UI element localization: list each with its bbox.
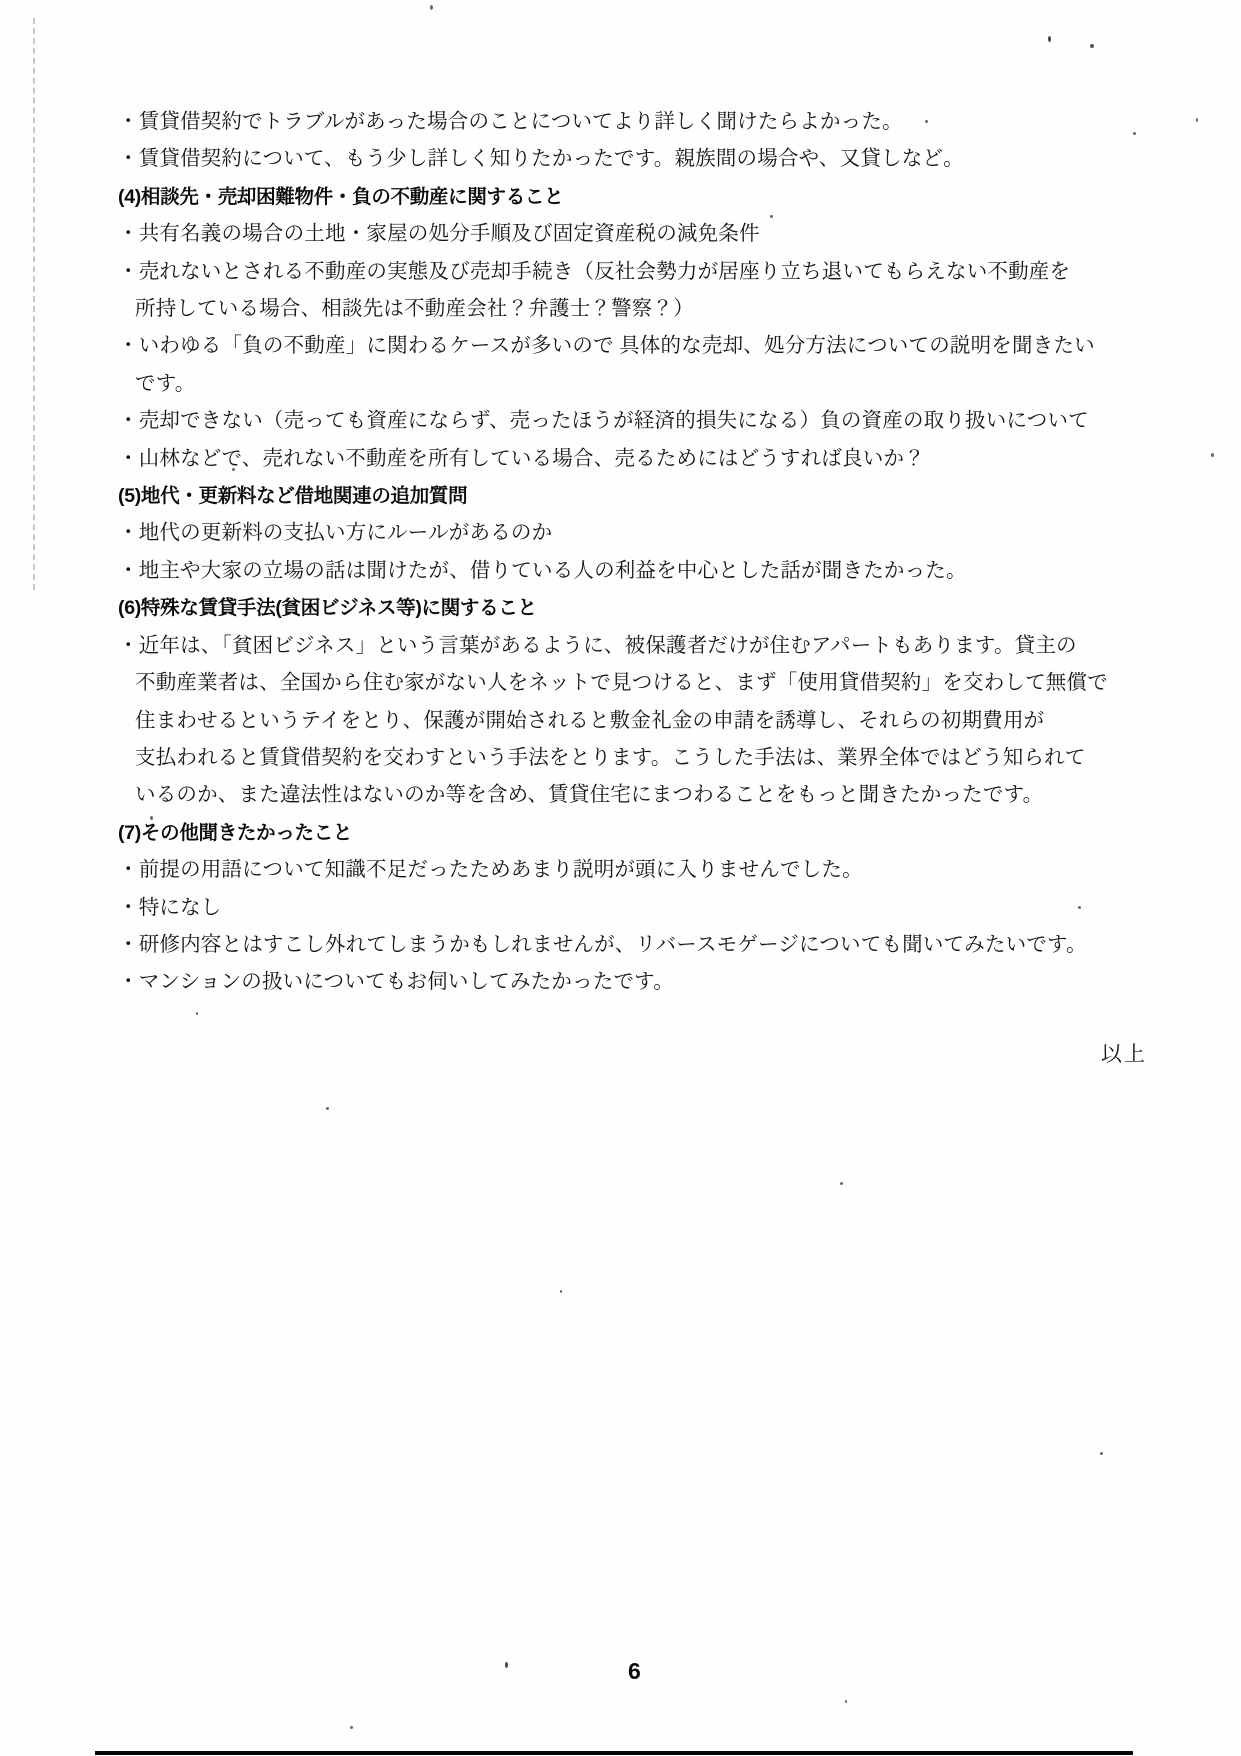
bullet-line: ・地代の更新料の支払い方にルールがあるのか: [118, 515, 1128, 552]
scan-speck: [232, 468, 235, 471]
section-heading-6: (6)特殊な賃貸手法(貧困ビジネス等)に関すること: [118, 590, 1128, 627]
left-margin-scan-line: [33, 18, 35, 590]
scan-speck: [1100, 1452, 1103, 1455]
scan-speck: [770, 215, 773, 218]
scanned-document-page: ・賃貸借契約でトラブルがあった場合のことについてより詳しく聞けたらよかった。 ・…: [0, 0, 1241, 1756]
bottom-scan-bar: [95, 1751, 1133, 1755]
scan-speck: [560, 1290, 562, 1293]
scan-speck: [845, 1700, 847, 1703]
continuation-line: 所持している場合、相談先は不動産会社？弁護士？警察？）: [118, 291, 1128, 328]
bullet-line: ・共有名義の場合の土地・家屋の処分手順及び固定資産税の減免条件: [118, 216, 1128, 253]
bullet-line: ・前提の用語について知識不足だったためあまり説明が頭に入りませんでした。: [118, 852, 1128, 889]
scan-speck: [925, 120, 928, 123]
scan-speck: [196, 1012, 198, 1015]
scan-speck: [150, 816, 153, 820]
scan-speck: [1196, 118, 1198, 122]
section-heading-7: (7)その他聞きたかったこと: [118, 815, 1128, 852]
bullet-line: ・売れないとされる不動産の実態及び売却手続き（反社会勢力が居座り立ち退いてもらえ…: [118, 254, 1128, 291]
continuation-line: 不動産業者は、全国から住む家がない人をネットで見つけると、まず「使用貸借契約」を…: [118, 665, 1128, 702]
scan-speck: [1090, 44, 1094, 48]
bullet-line: ・山林などで、売れない不動産を所有している場合、売るためにはどうすれば良いか？: [118, 441, 1128, 478]
continuation-line: 支払われると賃貸借契約を交わすという手法をとります。こうした手法は、業界全体では…: [118, 740, 1128, 777]
scan-speck: [505, 1662, 508, 1668]
bullet-line: ・研修内容とはすこし外れてしまうかもしれませんが、リバースモゲージについても聞い…: [118, 927, 1128, 964]
page-number: 6: [628, 1658, 641, 1685]
section-heading-4: (4)相談先・売却困難物件・負の不動産に関すること: [118, 179, 1128, 216]
scan-speck: [350, 1726, 353, 1729]
scan-speck: [430, 5, 433, 10]
bullet-line: ・いわゆる「負の不動産」に関わるケースが多いので 具体的な売却、処分方法について…: [118, 328, 1128, 365]
scan-speck: [1133, 132, 1136, 135]
bullet-line: ・マンションの扱いについてもお伺いしてみたかったです。: [118, 964, 1128, 1001]
scan-speck: [1057, 262, 1060, 265]
continuation-line: です。: [118, 366, 1128, 403]
scan-speck: [326, 1107, 329, 1110]
continuation-line: 住まわせるというテイをとり、保護が開始されると敷金礼金の申請を誘導し、それらの初…: [118, 703, 1128, 740]
document-body: ・賃貸借契約でトラブルがあった場合のことについてより詳しく聞けたらよかった。 ・…: [118, 104, 1128, 1002]
bullet-line: ・地主や大家の立場の話は聞けたが、借りている人の利益を中心とした話が聞きたかった…: [118, 553, 1128, 590]
bullet-line: ・賃貸借契約でトラブルがあった場合のことについてより詳しく聞けたらよかった。: [118, 104, 1128, 141]
scan-speck: [1048, 36, 1051, 42]
closing-text: 以上: [1101, 1038, 1147, 1068]
scan-speck: [1211, 453, 1214, 457]
bullet-line: ・賃貸借契約について、もう少し詳しく知りたかったです。親族間の場合や、又貸しなど…: [118, 141, 1128, 178]
scan-speck: [840, 1182, 843, 1185]
bullet-line: ・近年は、「貧困ビジネス」という言葉があるように、被保護者だけが住むアパートもあ…: [118, 628, 1128, 665]
scan-speck: [1078, 906, 1081, 909]
section-heading-5: (5)地代・更新料など借地関連の追加質問: [118, 478, 1128, 515]
bullet-line: ・特になし: [118, 890, 1128, 927]
bullet-line: ・売却できない（売っても資産にならず、売ったほうが経済的損失になる）負の資産の取…: [118, 403, 1128, 440]
continuation-line: いるのか、また違法性はないのか等を含め、賃貸住宅にまつわることをもっと聞きたかっ…: [118, 777, 1128, 814]
